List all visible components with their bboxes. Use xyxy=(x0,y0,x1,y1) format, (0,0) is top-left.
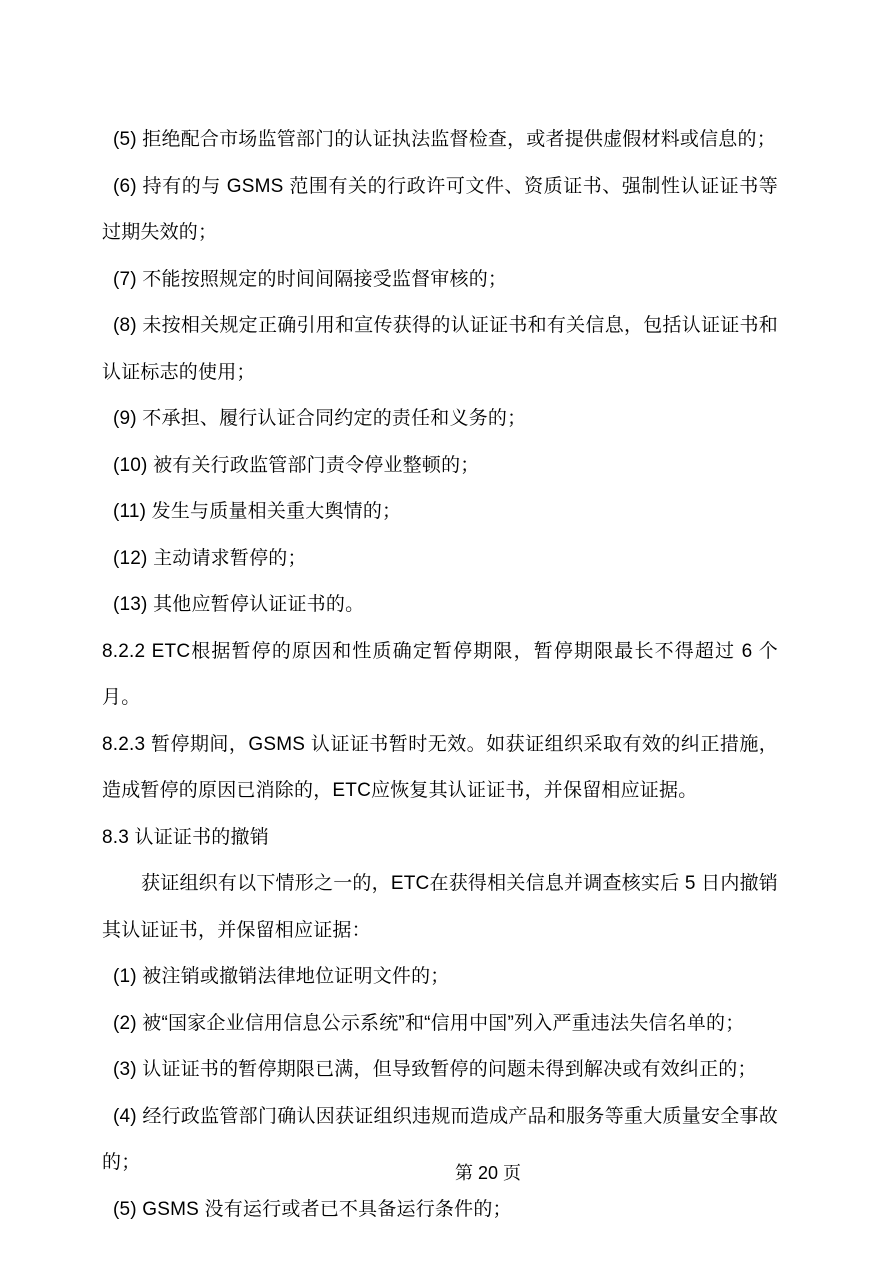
list-item-7-suspension: (7) 不能按照规定的时间间隔接受监督审核的； xyxy=(102,257,778,304)
list-item-10-suspension: (10) 被有关行政监管部门责令停业整顿的； xyxy=(102,443,778,490)
list-item-2-revocation: (2) 被“国家企业信用信息公示系统”和“信用中国”列入严重违法失信名单的； xyxy=(102,1001,778,1048)
list-item-13-suspension: (13) 其他应暂停认证证书的。 xyxy=(102,582,778,629)
section-8-2-3: 8.2.3 暂停期间，GSMS 认证证书暂时无效。如获证组织采取有效的纠正措施，… xyxy=(102,722,778,815)
list-item-9-suspension: (9) 不承担、履行认证合同约定的责任和义务的； xyxy=(102,396,778,443)
list-item-12-suspension: (12) 主动请求暂停的； xyxy=(102,536,778,583)
paragraph-revocation-intro: 获证组织有以下情形之一的，ETC在获得相关信息并调查核实后 5 日内撤销其认证证… xyxy=(102,861,778,954)
list-item-8-suspension: (8) 未按相关规定正确引用和宣传获得的认证证书和有关信息，包括认证证书和认证标… xyxy=(102,303,778,396)
list-item-11-suspension: (11) 发生与质量相关重大舆情的； xyxy=(102,489,778,536)
page-footer: 第 20 页 xyxy=(0,1161,892,1185)
list-item-5-suspension: (5) 拒绝配合市场监管部门的认证执法监督检查，或者提供虚假材料或信息的； xyxy=(102,117,778,164)
list-item-5-revocation: (5) GSMS 没有运行或者已不具备运行条件的； xyxy=(102,1187,778,1234)
list-item-6-suspension: (6) 持有的与 GSMS 范围有关的行政许可文件、资质证书、强制性认证证书等过… xyxy=(102,164,778,257)
document-page: (5) 拒绝配合市场监管部门的认证执法监督检查，或者提供虚假材料或信息的； (6… xyxy=(0,0,892,1262)
document-body: (5) 拒绝配合市场监管部门的认证执法监督检查，或者提供虚假材料或信息的； (6… xyxy=(102,117,778,1233)
section-8-2-2: 8.2.2 ETC根据暂停的原因和性质确定暂停期限，暂停期限最长不得超过 6 个… xyxy=(102,629,778,722)
list-item-1-revocation: (1) 被注销或撤销法律地位证明文件的； xyxy=(102,954,778,1001)
page-number: 第 20 页 xyxy=(455,1163,521,1183)
list-item-3-revocation: (3) 认证证书的暂停期限已满，但导致暂停的问题未得到解决或有效纠正的； xyxy=(102,1047,778,1094)
section-heading-8-3: 8.3 认证证书的撤销 xyxy=(102,815,778,862)
